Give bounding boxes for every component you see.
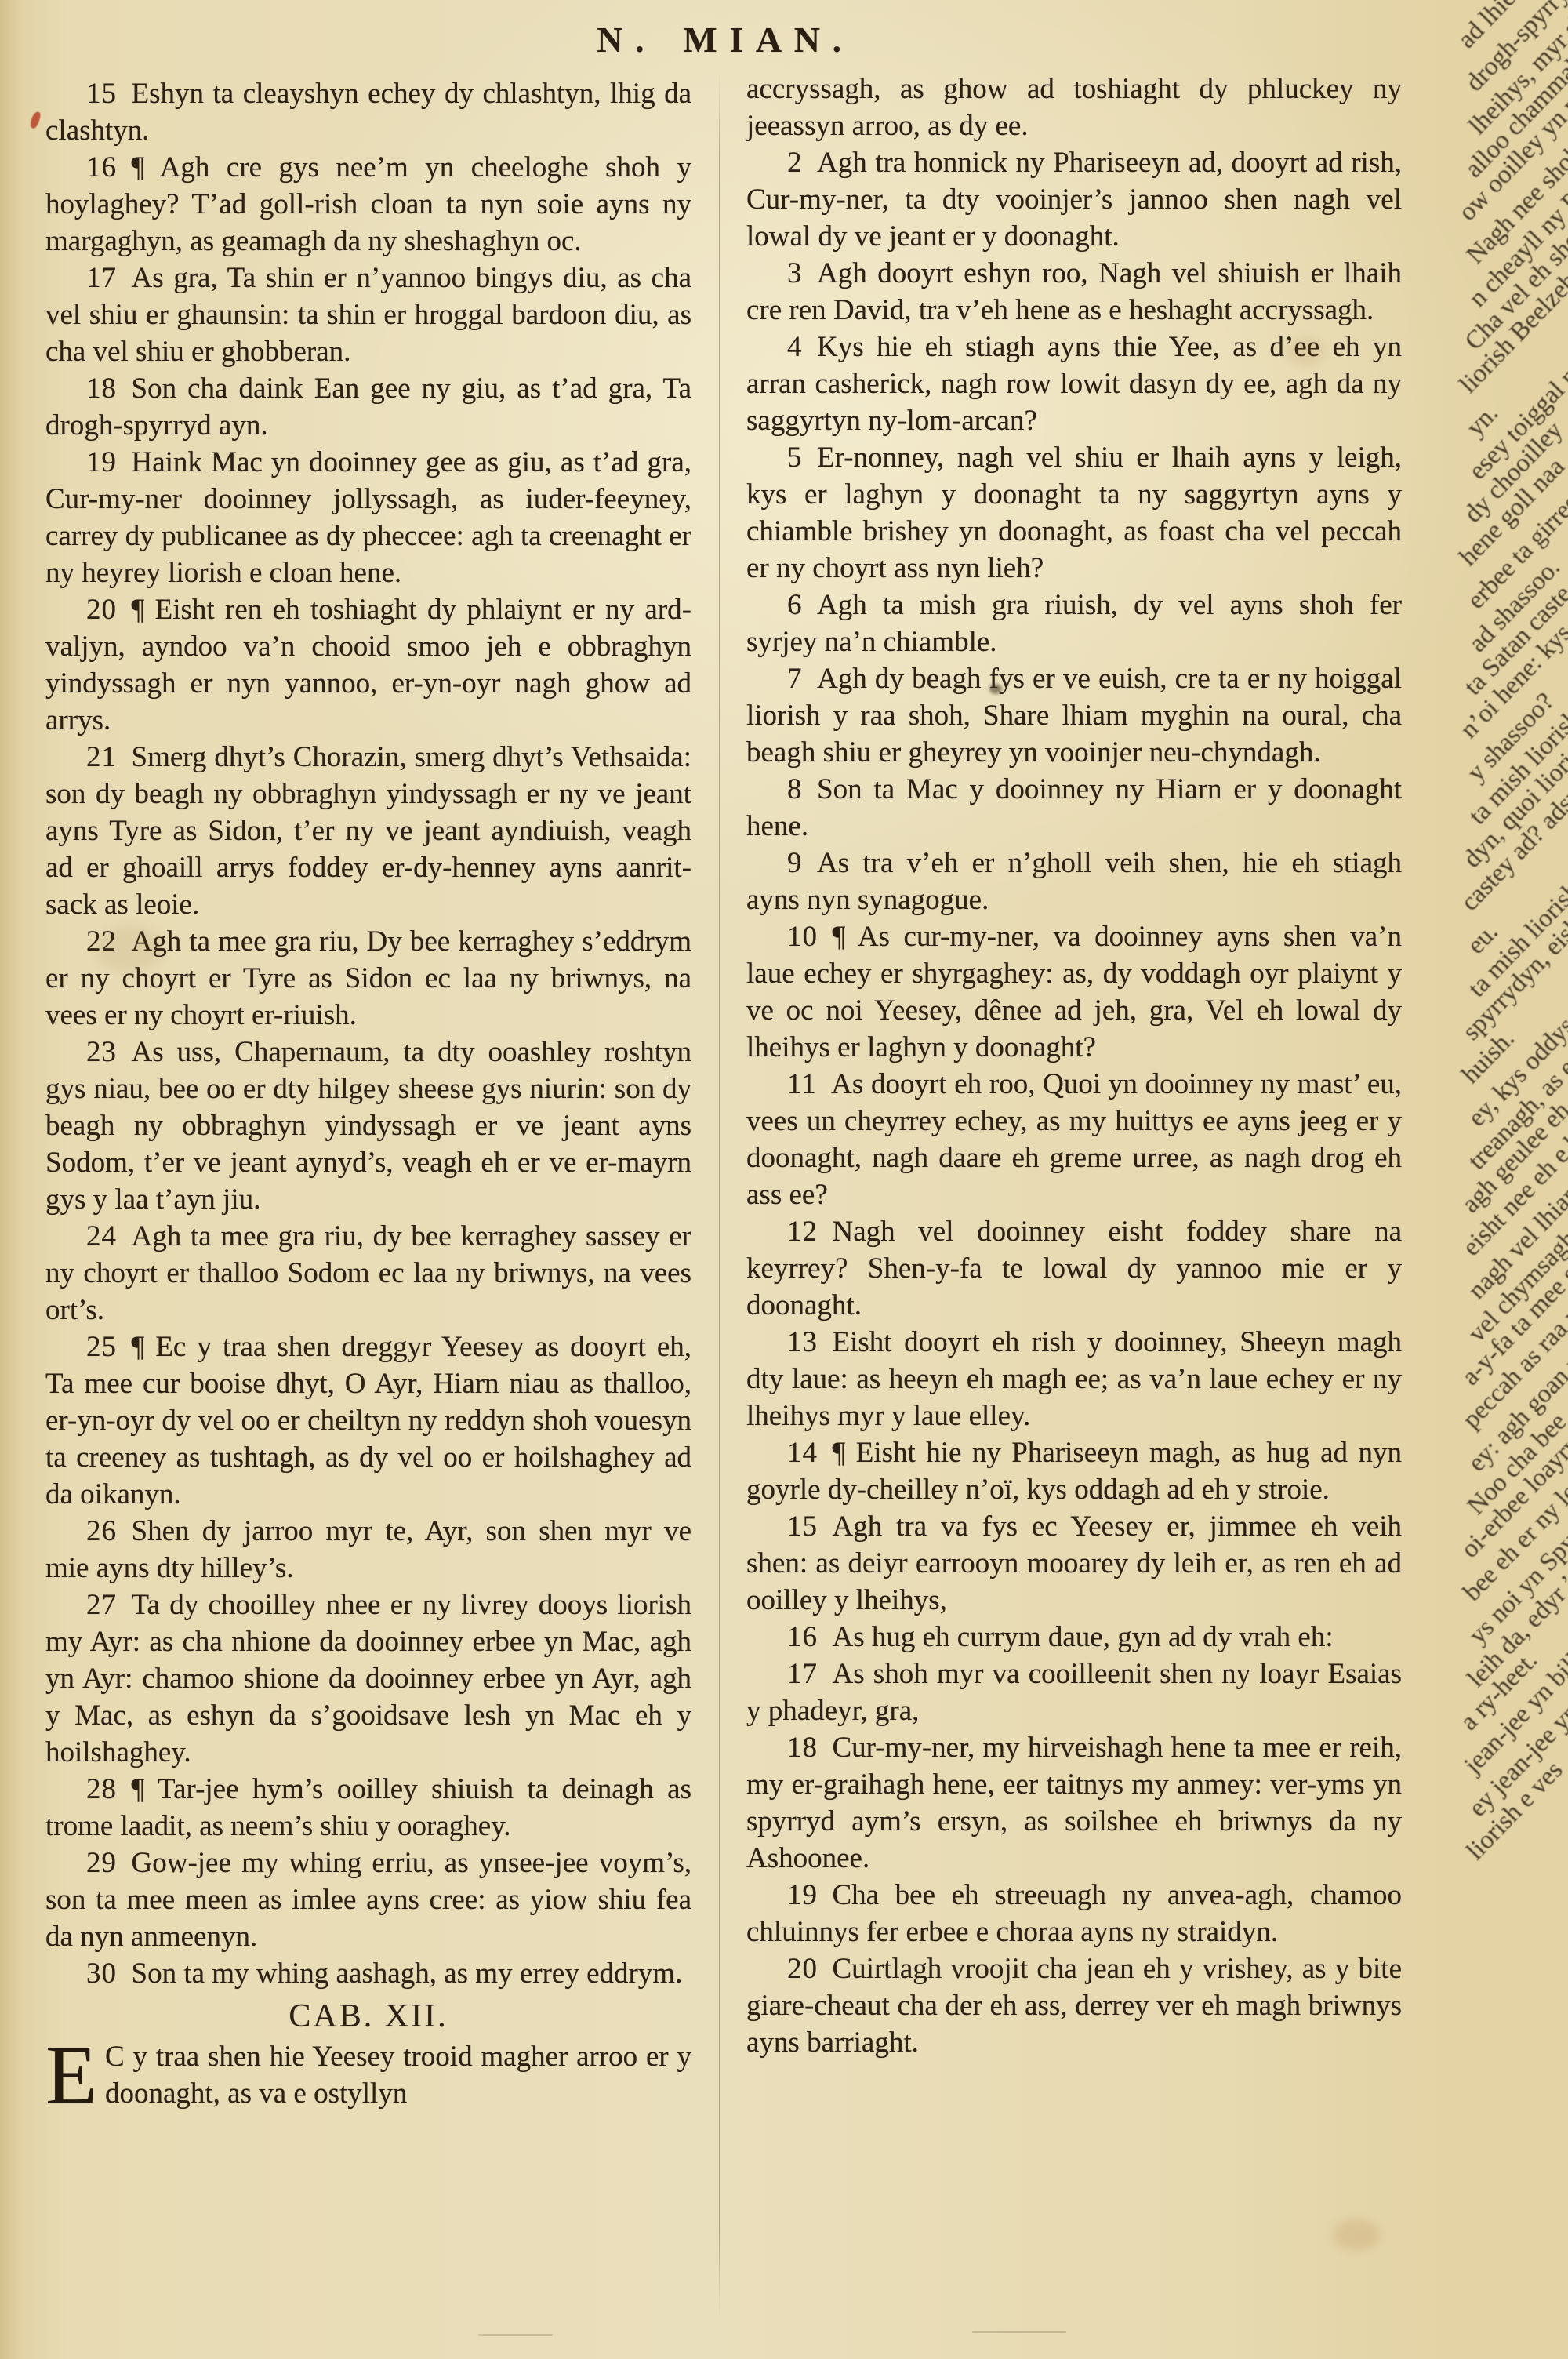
verse: 16 As hug eh currym daue, gyn ad dy vrah… — [746, 1619, 1402, 1656]
verse-number: 8 — [787, 773, 803, 805]
verse: 20 ¶ Eisht ren eh toshiaght dy phlaiynt … — [45, 591, 691, 739]
verse-number: 7 — [787, 663, 803, 695]
verse: 15 Eshyn ta cleayshyn echey dy chlashtyn… — [45, 75, 691, 149]
verse: 3 Agh dooyrt eshyn roo, Nagh vel shiuish… — [746, 255, 1402, 329]
red-ink-fleck — [29, 111, 42, 129]
verse-number: 30 — [86, 1957, 117, 1990]
verse: 9 As tra v’eh er n’gholl veih shen, hie … — [746, 845, 1402, 918]
verse-number: 20 — [787, 1953, 818, 1985]
verse: 26 Shen dy jarroo myr te, Ayr, son shen … — [45, 1513, 691, 1587]
verse-text: Agh dooyrt eshyn roo, Nagh vel shiuish e… — [746, 257, 1402, 326]
verse-text: Agh tra honnick ny Phariseeyn ad, dooyrt… — [746, 147, 1402, 253]
verse-text: ¶ As cur-my-ner, va dooinney ayns shen v… — [746, 921, 1402, 1063]
verse: 22 Agh ta mee gra riu, Dy bee kerraghey … — [45, 923, 691, 1034]
drop-cap: E — [45, 2038, 105, 2110]
verse-number: 29 — [86, 1847, 117, 1879]
verse-text: Er-nonney, nagh vel shiu er lhaih ayns y… — [746, 442, 1402, 584]
verse-text: ¶ Ec y traa shen dreggyr Yeesey as dooyr… — [45, 1331, 691, 1510]
verse: 2 Agh tra honnick ny Phariseeyn ad, dooy… — [746, 144, 1402, 255]
verse-text: Gow-jee my whing erriu, as ynsee-jee voy… — [45, 1847, 691, 1953]
chapter-heading: CAB. XII. — [45, 1998, 691, 2035]
verse-number: 11 — [787, 1068, 817, 1100]
verse-number: 9 — [787, 847, 803, 879]
left-column: 15 Eshyn ta cleayshyn echey dy chlashtyn… — [45, 75, 691, 2112]
verse: 12 Nagh vel dooinney eisht foddey share … — [746, 1213, 1402, 1324]
verse-text: ¶ Tar-jee hym’s ooilley shiuish ta deina… — [45, 1773, 691, 1842]
verse-text: As hug eh currym daue, gyn ad dy vrah eh… — [833, 1621, 1334, 1653]
verse-number: 17 — [787, 1658, 818, 1690]
verse-text: Cuirtlagh vroojit cha jean eh y vrishey,… — [746, 1953, 1402, 2059]
verse: 20 Cuirtlagh vroojit cha jean eh y vrish… — [746, 1950, 1402, 2061]
right-column: accryssagh, as ghow ad toshiaght dy phlu… — [746, 71, 1402, 2061]
verse-text: Smerg dhyt’s Chorazin, smerg dhyt’s Veth… — [45, 741, 691, 921]
verse-text: As gra, Ta shin er n’yannoo bingys diu, … — [45, 262, 691, 368]
verse-number: 22 — [86, 925, 117, 958]
verse-number: 19 — [787, 1879, 818, 1911]
verse-number: 15 — [787, 1510, 818, 1543]
verse-text: Nagh vel dooinney eisht foddey share na … — [746, 1216, 1402, 1321]
verse: accryssagh, as ghow ad toshiaght dy phlu… — [746, 71, 1402, 144]
verse-text: Eshyn ta cleayshyn echey dy chlashtyn, l… — [45, 78, 691, 147]
show-through-mark — [478, 2334, 553, 2336]
verse-number: 13 — [787, 1326, 818, 1358]
verse-number: 6 — [787, 589, 803, 621]
verse-text: Agh dy beagh fys er ve euish, cre ta er … — [746, 663, 1402, 769]
chapter-opening-verse: EC y traa shen hie Yeesey trooid magher … — [45, 2038, 691, 2112]
verse-text: As dooyrt eh roo, Quoi yn dooinney ny ma… — [746, 1068, 1402, 1211]
verse-number: 24 — [86, 1220, 117, 1252]
verse-number: 4 — [787, 331, 803, 363]
verse: 14 ¶ Eisht hie ny Phariseeyn magh, as hu… — [746, 1434, 1402, 1508]
verse-number: 26 — [86, 1515, 117, 1547]
verse: 24 Agh ta mee gra riu, dy bee kerraghey … — [45, 1218, 691, 1329]
verse-text: ¶ Agh cre gys nee’m yn cheeloghe shoh y … — [45, 151, 691, 257]
verse: 17 As gra, Ta shin er n’yannoo bingys di… — [45, 260, 691, 370]
verse: 27 Ta dy chooilley nhee er ny livrey doo… — [45, 1587, 691, 1771]
verse-text: C y traa shen hie Yeesey trooid magher a… — [105, 2041, 691, 2110]
verse-text: As shoh myr va cooilleenit shen ny loayr… — [746, 1658, 1402, 1727]
verse: 29 Gow-jee my whing erriu, as ynsee-jee … — [45, 1845, 691, 1955]
verse-text: Cur-my-ner, my hirveishagh hene ta mee e… — [746, 1732, 1402, 1874]
verse-number: 16 — [787, 1621, 818, 1653]
verse: 19 Cha bee eh streeuagh ny anvea-agh, ch… — [746, 1877, 1402, 1950]
verse-text: Ta dy chooilley nhee er ny livrey dooys … — [45, 1589, 691, 1768]
verse-text: Haink Mac yn dooinney gee as giu, as t’a… — [45, 446, 691, 589]
verse: 7 Agh dy beagh fys er ve euish, cre ta e… — [746, 660, 1402, 771]
page-title: N. MIAN. — [45, 19, 1405, 60]
verse-number: 17 — [86, 262, 117, 294]
verse-number: 14 — [787, 1437, 818, 1469]
verse-text: ¶ Eisht hie ny Phariseeyn magh, as hug a… — [746, 1437, 1402, 1506]
verse-text: accryssagh, as ghow ad toshiaght dy phlu… — [746, 73, 1402, 142]
verse-text: Eisht dooyrt eh rish y dooinney, Sheeyn … — [746, 1326, 1402, 1432]
verse-number: 16 — [86, 151, 117, 184]
verse: 5 Er-nonney, nagh vel shiu er lhaih ayns… — [746, 439, 1402, 587]
verse-number: 23 — [86, 1036, 117, 1068]
column-divider — [719, 72, 720, 2317]
verse-text: Shen dy jarroo myr te, Ayr, son shen myr… — [45, 1515, 691, 1584]
verse: 25 ¶ Ec y traa shen dreggyr Yeesey as do… — [45, 1329, 691, 1513]
verse: 11 As dooyrt eh roo, Quoi yn dooinney ny… — [746, 1066, 1402, 1213]
verse-text: Cha bee eh streeuagh ny anvea-agh, chamo… — [746, 1879, 1402, 1948]
verse: 19 Haink Mac yn dooinney gee as giu, as … — [45, 444, 691, 591]
verse-text: As tra v’eh er n’gholl veih shen, hie eh… — [746, 847, 1402, 916]
book-page: N. MIAN. 15 Eshyn ta cleayshyn echey dy … — [0, 0, 1568, 2359]
verse: 8 Son ta Mac y dooinney ny Hiarn er y do… — [746, 771, 1402, 845]
verse: 30 Son ta my whing aashagh, as my errey … — [45, 1955, 691, 1992]
verse-text: Agh ta mee gra riu, Dy bee kerraghey s’e… — [45, 925, 691, 1031]
page-edge: ad lhieu hugdrogh-spyrryd, dolheihys, my… — [1452, 0, 1568, 2359]
verse-number: 28 — [86, 1773, 117, 1805]
verse-number: 25 — [86, 1331, 117, 1363]
verse: 18 Son cha daink Ean gee ny giu, as t’ad… — [45, 370, 691, 444]
verse-number: 5 — [787, 442, 803, 474]
verse: 6 Agh ta mish gra riuish, dy vel ayns sh… — [746, 587, 1402, 660]
verse-number: 12 — [787, 1216, 818, 1248]
ink-smudge — [989, 684, 1002, 694]
verse-text: Agh ta mish gra riuish, dy vel ayns shoh… — [746, 589, 1402, 658]
verse-number: 21 — [86, 741, 117, 773]
verse-text: Son ta Mac y dooinney ny Hiarn er y doon… — [746, 773, 1402, 842]
verse-text: Agh ta mee gra riu, dy bee kerraghey sas… — [45, 1220, 691, 1326]
verse-number: 18 — [86, 373, 117, 405]
verse: 4 Kys hie eh stiagh ayns thie Yee, as d’… — [746, 329, 1402, 439]
verse-number: 3 — [787, 257, 803, 289]
verse-text: Son ta my whing aashagh, as my errey edd… — [132, 1957, 683, 1990]
verse-text: ¶ Eisht ren eh toshiaght dy phlaiynt er … — [45, 594, 691, 736]
verse-text: Agh tra va fys ec Yeesey er, jimmee eh v… — [746, 1510, 1402, 1616]
verse-number: 18 — [787, 1732, 818, 1764]
verse: 18 Cur-my-ner, my hirveishagh hene ta me… — [746, 1729, 1402, 1877]
verse-number: 15 — [86, 78, 117, 110]
verse: 10 ¶ As cur-my-ner, va dooinney ayns she… — [746, 918, 1402, 1066]
verse: 15 Agh tra va fys ec Yeesey er, jimmee e… — [746, 1508, 1402, 1619]
verse-number: 2 — [787, 147, 803, 179]
verse: 16 ¶ Agh cre gys nee’m yn cheeloghe shoh… — [45, 149, 691, 260]
paper-stain — [1333, 2219, 1380, 2251]
verse: 21 Smerg dhyt’s Chorazin, smerg dhyt’s V… — [45, 739, 691, 923]
show-through-mark — [972, 2331, 1066, 2333]
verse: 23 As uss, Chapernaum, ta dty ooashley r… — [45, 1034, 691, 1218]
verse-number: 10 — [787, 921, 818, 953]
verse-text: As uss, Chapernaum, ta dty ooashley rosh… — [45, 1036, 691, 1216]
verse-number: 19 — [86, 446, 117, 478]
verse: 17 As shoh myr va cooilleenit shen ny lo… — [746, 1656, 1402, 1729]
verse-number: 20 — [86, 594, 117, 626]
verse-number: 27 — [86, 1589, 117, 1621]
verse: 13 Eisht dooyrt eh rish y dooinney, Shee… — [746, 1324, 1402, 1434]
verse-text: Kys hie eh stiagh ayns thie Yee, as d’ee… — [746, 331, 1402, 437]
verse: 28 ¶ Tar-jee hym’s ooilley shiuish ta de… — [45, 1771, 691, 1845]
verse-text: Son cha daink Ean gee ny giu, as t’ad gr… — [45, 373, 691, 442]
